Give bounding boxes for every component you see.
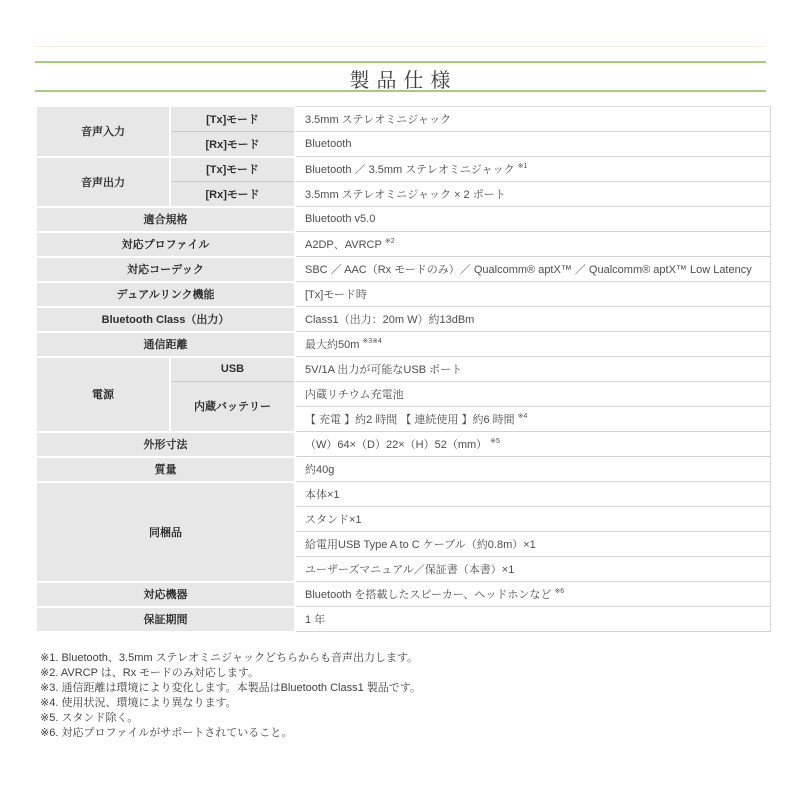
spec-sublabel: [Rx]モード xyxy=(170,132,295,157)
spec-sublabel: [Rx]モード xyxy=(170,182,295,207)
footnote-line: ※4. 使用状況、環境により異なります。 xyxy=(40,696,421,711)
spec-label: 同梱品 xyxy=(37,482,295,582)
footnote-line: ※1. Bluetooth、3.5mm ステレオミニジャックどちらからも音声出力… xyxy=(40,651,421,666)
footnote-line: ※5. スタンド除く。 xyxy=(40,711,421,726)
spec-sublabel: USB xyxy=(170,357,295,382)
spec-label: 保証期間 xyxy=(37,607,295,632)
spec-row: 保証期間 1 年 xyxy=(37,607,770,632)
spec-row: 対応コーデック SBC ／ AAC（Rx モードのみ）／ Qualcomm® a… xyxy=(37,257,770,282)
spec-value: Bluetooth を搭載したスピーカー、ヘッドホンなど※6 xyxy=(295,582,770,607)
spec-value: スタンド×1 xyxy=(295,507,770,532)
spec-value: A2DP、AVRCP※2 xyxy=(295,232,770,257)
spec-label: 対応コーデック xyxy=(37,257,295,282)
spec-value: Bluetooth xyxy=(295,132,770,157)
spec-label: 外形寸法 xyxy=(37,432,295,457)
spec-row: 対応機器 Bluetooth を搭載したスピーカー、ヘッドホンなど※6 xyxy=(37,582,770,607)
spec-row: 電源 USB 5V/1A 出力が可能なUSB ポート xyxy=(37,357,770,382)
spec-label: 音声入力 xyxy=(37,107,170,157)
footnote-ref: ※1 xyxy=(518,163,528,170)
spec-row: 対応プロファイル A2DP、AVRCP※2 xyxy=(37,232,770,257)
spec-value: Bluetooth v5.0 xyxy=(295,207,770,232)
spec-label: 通信距離 xyxy=(37,332,295,357)
spec-sublabel: [Tx]モード xyxy=(170,107,295,132)
spec-label: 対応プロファイル xyxy=(37,232,295,257)
spec-row: 音声入力 [Tx]モード 3.5mm ステレオミニジャック xyxy=(37,107,770,132)
spec-label: 適合規格 xyxy=(37,207,295,232)
footnote-ref: ※4 xyxy=(518,413,528,420)
spec-value: 最大約50m※3※4 xyxy=(295,332,770,357)
spec-value: 内蔵リチウム充電池 xyxy=(295,382,770,407)
spec-row: 外形寸法 （W）64×（D）22×（H）52（mm）※5 xyxy=(37,432,770,457)
spec-value: 1 年 xyxy=(295,607,770,632)
footnotes: ※1. Bluetooth、3.5mm ステレオミニジャックどちらからも音声出力… xyxy=(40,651,421,740)
spec-label: デュアルリンク機能 xyxy=(37,282,295,307)
footnote-line: ※2. AVRCP は、Rx モードのみ対応します。 xyxy=(40,666,421,681)
spec-value: 5V/1A 出力が可能なUSB ポート xyxy=(295,357,770,382)
footnote-ref: ※3※4 xyxy=(362,338,382,345)
spec-row: 適合規格 Bluetooth v5.0 xyxy=(37,207,770,232)
spec-value: ユーザーズマニュアル／保証書（本書）×1 xyxy=(295,557,770,582)
title-rule-top xyxy=(35,61,766,63)
footnote-ref: ※5 xyxy=(490,438,500,445)
spec-value: SBC ／ AAC（Rx モードのみ）／ Qualcomm® aptX™ ／ Q… xyxy=(295,257,770,282)
spec-value: 3.5mm ステレオミニジャック × 2 ポート xyxy=(295,182,770,207)
spec-value: 約40g xyxy=(295,457,770,482)
spec-row: 通信距離 最大約50m※3※4 xyxy=(37,332,770,357)
spec-sheet-page: 製品仕様 音声入力 [Tx]モード 3.5mm ステレオミニジャック [Rx]モ… xyxy=(0,0,800,800)
spec-value: [Tx]モード時 xyxy=(295,282,770,307)
spec-row: 同梱品 本体×1 xyxy=(37,482,770,507)
page-title: 製品仕様 xyxy=(0,64,800,93)
spec-value: 3.5mm ステレオミニジャック xyxy=(295,107,770,132)
spec-row: デュアルリンク機能 [Tx]モード時 xyxy=(37,282,770,307)
spec-value: Bluetooth ／ 3.5mm ステレオミニジャック※1 xyxy=(295,157,770,182)
separator-line-faint xyxy=(35,46,766,47)
footnote-ref: ※6 xyxy=(554,588,564,595)
footnote-ref: ※2 xyxy=(385,238,395,245)
spec-sublabel: 内蔵バッテリー xyxy=(170,382,295,432)
spec-value: 本体×1 xyxy=(295,482,770,507)
spec-label: 質量 xyxy=(37,457,295,482)
spec-table: 音声入力 [Tx]モード 3.5mm ステレオミニジャック [Rx]モード Bl… xyxy=(37,106,771,633)
spec-value: 【 充電 】約2 時間 【 連続使用 】約6 時間※4 xyxy=(295,407,770,432)
footnote-line: ※3. 通信距離は環境により変化します。本製品はBluetooth Class1… xyxy=(40,681,421,696)
spec-row: 質量 約40g xyxy=(37,457,770,482)
spec-label: 対応機器 xyxy=(37,582,295,607)
spec-value: （W）64×（D）22×（H）52（mm）※5 xyxy=(295,432,770,457)
spec-label: 音声出力 xyxy=(37,157,170,207)
spec-label: Bluetooth Class（出力） xyxy=(37,307,295,332)
spec-value: Class1（出力：20m W）約13dBm xyxy=(295,307,770,332)
spec-value: 給電用USB Type A to C ケーブル（約0.8m）×1 xyxy=(295,532,770,557)
spec-label: 電源 xyxy=(37,357,170,432)
spec-row: 音声出力 [Tx]モード Bluetooth ／ 3.5mm ステレオミニジャッ… xyxy=(37,157,770,182)
spec-row: Bluetooth Class（出力） Class1（出力：20m W）約13d… xyxy=(37,307,770,332)
spec-sublabel: [Tx]モード xyxy=(170,157,295,182)
footnote-line: ※6. 対応プロファイルがサポートされていること。 xyxy=(40,726,421,741)
title-rule-bottom xyxy=(35,90,766,92)
